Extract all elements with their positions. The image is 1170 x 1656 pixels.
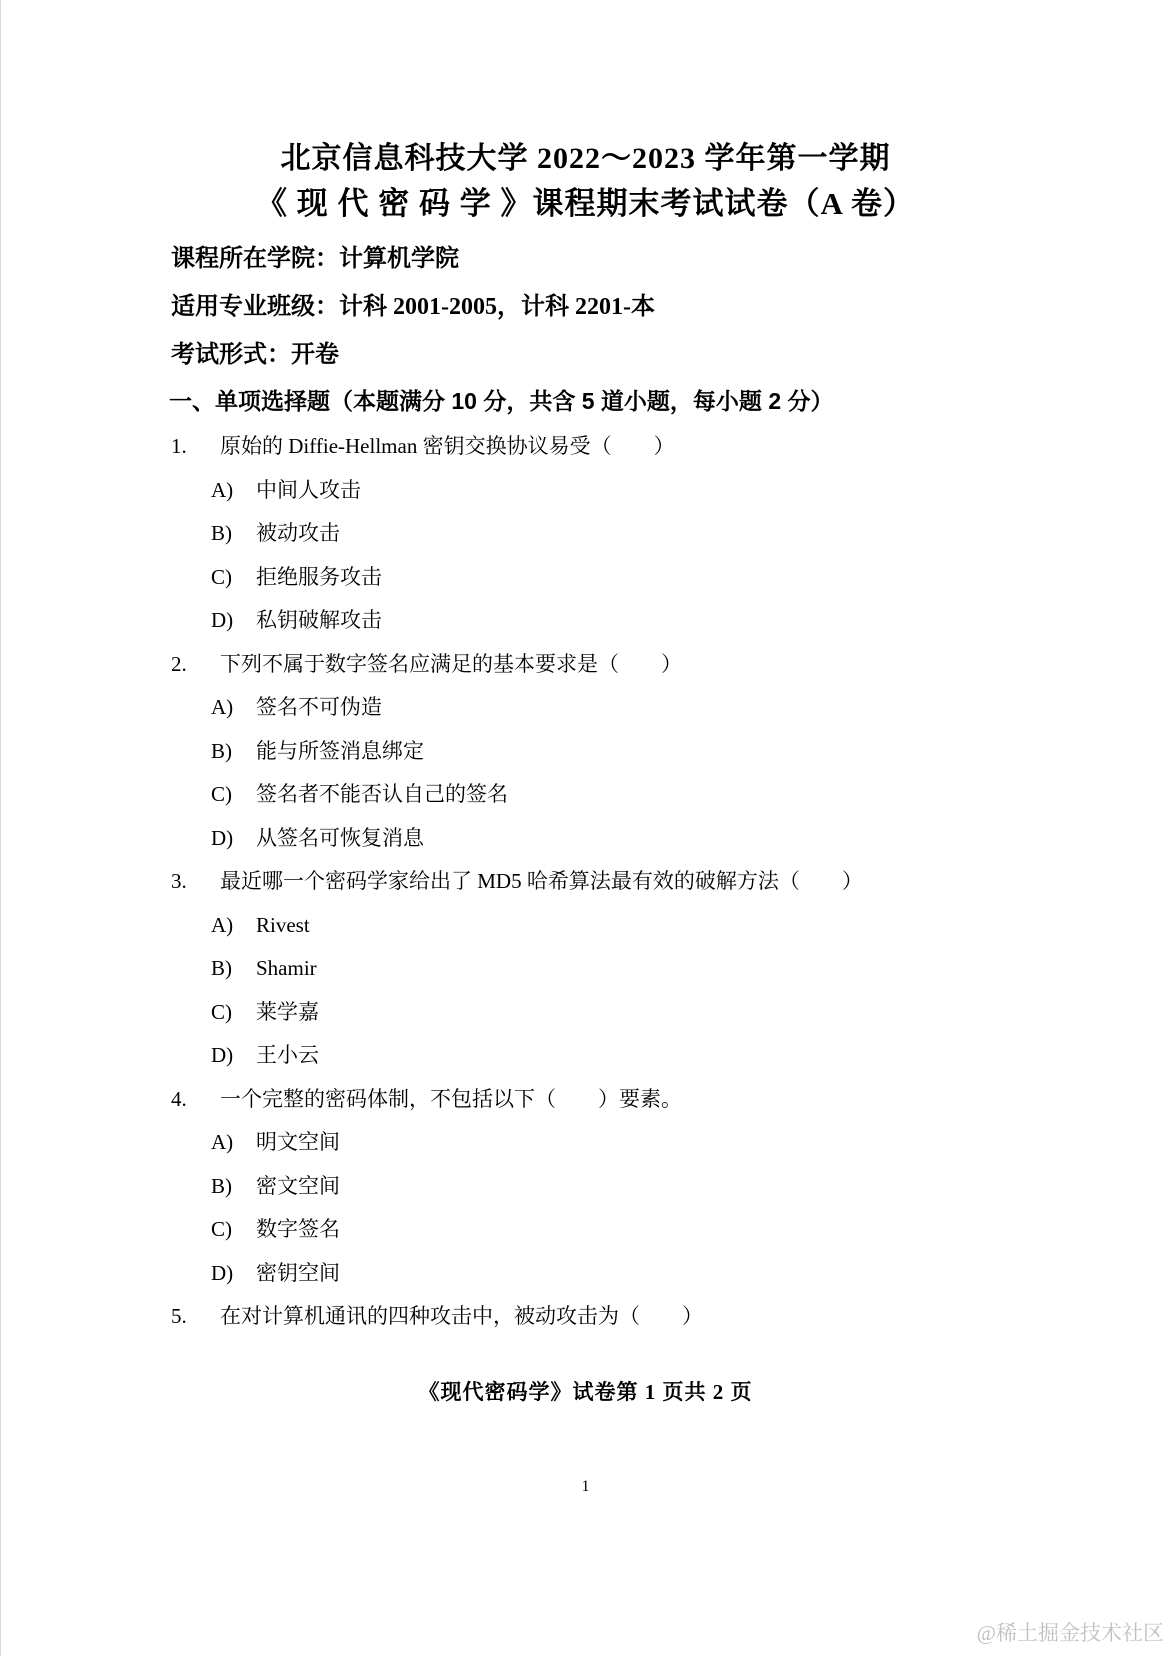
- option-label: B): [211, 512, 256, 556]
- option-line: C)拒绝服务攻击: [171, 556, 1170, 600]
- exam-title-course: 《 现 代 密 码 学 》课程期末考试试卷（A 卷）: [1, 188, 1170, 219]
- option-line: A)Rivest: [171, 904, 1170, 948]
- option-line: B)能与所签消息绑定: [171, 730, 1170, 774]
- option-text: 被动攻击: [256, 512, 340, 556]
- option-label: B): [211, 1165, 256, 1209]
- option-text: 密文空间: [256, 1165, 340, 1209]
- option-text: 密钥空间: [256, 1252, 340, 1296]
- option-text: 王小云: [256, 1034, 319, 1078]
- option-line: B)Shamir: [171, 947, 1170, 991]
- option-line: B)被动攻击: [171, 512, 1170, 556]
- option-label: D): [211, 599, 256, 643]
- exam-page: 北京信息科技大学 2022～2023 学年第一学期 《 现 代 密 码 学 》课…: [0, 0, 1170, 1656]
- option-label: A): [211, 686, 256, 730]
- info-line-exam-form: 考试形式：开卷: [171, 331, 1170, 379]
- section-heading-multiple-choice: 一、单项选择题（本题满分 10 分，共含 5 道小题，每小题 2 分）: [1, 379, 1170, 423]
- option-line: A)明文空间: [171, 1121, 1170, 1165]
- title-block: 北京信息科技大学 2022～2023 学年第一学期 《 现 代 密 码 学 》课…: [1, 0, 1170, 219]
- option-label: C): [211, 1208, 256, 1252]
- watermark: @稀土掘金技术社区: [977, 1617, 1164, 1647]
- option-label: C): [211, 773, 256, 817]
- question-text: 最近哪一个密码学家给出了 MD5 哈希算法最有效的破解方法（ ）: [220, 860, 863, 904]
- info-line-college: 课程所在学院：计算机学院: [171, 235, 1170, 283]
- option-line: D)从签名可恢复消息: [171, 817, 1170, 861]
- option-line: D)王小云: [171, 1034, 1170, 1078]
- option-line: C)签名者不能否认自己的签名: [171, 773, 1170, 817]
- info-label: 考试形式：: [171, 342, 291, 368]
- option-text: 数字签名: [256, 1208, 340, 1252]
- question-line: 3.最近哪一个密码学家给出了 MD5 哈希算法最有效的破解方法（ ）: [171, 860, 1170, 904]
- exam-title-school-term: 北京信息科技大学 2022～2023 学年第一学期: [1, 144, 1170, 174]
- info-line-classes: 适用专业班级：计科 2001-2005，计科 2201-本: [171, 283, 1170, 331]
- option-label: A): [211, 1121, 256, 1165]
- question-number: 4.: [171, 1078, 220, 1122]
- question-text: 原始的 Diffie-Hellman 密钥交换协议易受（ ）: [220, 425, 675, 469]
- info-value: 开卷: [291, 342, 339, 368]
- option-label: B): [211, 730, 256, 774]
- option-text: 签名不可伪造: [256, 686, 382, 730]
- question-line: 4.一个完整的密码体制，不包括以下（ ）要素。: [171, 1078, 1170, 1122]
- option-text: 中间人攻击: [256, 469, 361, 513]
- option-line: A)中间人攻击: [171, 469, 1170, 513]
- footer-page-indicator: 《现代密码学》试卷第 1 页共 2 页: [1, 1376, 1170, 1406]
- option-line: D)密钥空间: [171, 1252, 1170, 1296]
- question-line: 2.下列不属于数字签名应满足的基本要求是（ ）: [171, 643, 1170, 687]
- option-line: C)数字签名: [171, 1208, 1170, 1252]
- question-number: 2.: [171, 643, 220, 687]
- option-text: 拒绝服务攻击: [256, 556, 382, 600]
- info-label: 适用专业班级：: [171, 294, 339, 320]
- question-text: 在对计算机通讯的四种攻击中，被动攻击为（ ）: [220, 1295, 703, 1339]
- question-line: 1.原始的 Diffie-Hellman 密钥交换协议易受（ ）: [171, 425, 1170, 469]
- option-label: D): [211, 1034, 256, 1078]
- option-label: C): [211, 991, 256, 1035]
- option-text: 从签名可恢复消息: [256, 817, 424, 861]
- option-label: A): [211, 469, 256, 513]
- option-text: Rivest: [256, 904, 310, 948]
- info-label: 课程所在学院：: [171, 246, 339, 272]
- option-label: A): [211, 904, 256, 948]
- option-line: B)密文空间: [171, 1165, 1170, 1209]
- option-text: 能与所签消息绑定: [256, 730, 424, 774]
- option-text: 私钥破解攻击: [256, 599, 382, 643]
- option-label: B): [211, 947, 256, 991]
- question-text: 下列不属于数字签名应满足的基本要求是（ ）: [220, 643, 682, 687]
- option-text: 签名者不能否认自己的签名: [256, 773, 508, 817]
- option-text: Shamir: [256, 947, 317, 991]
- question-line: 5.在对计算机通讯的四种攻击中，被动攻击为（ ）: [171, 1295, 1170, 1339]
- question-number: 1.: [171, 425, 220, 469]
- option-label: D): [211, 1252, 256, 1296]
- option-label: C): [211, 556, 256, 600]
- info-value: 计科 2001-2005，计科 2201-本: [339, 294, 655, 320]
- option-line: D)私钥破解攻击: [171, 599, 1170, 643]
- questions: 1.原始的 Diffie-Hellman 密钥交换协议易受（ ）A)中间人攻击B…: [1, 425, 1170, 1339]
- option-text: 明文空间: [256, 1121, 340, 1165]
- option-text: 莱学嘉: [256, 991, 319, 1035]
- question-number: 5.: [171, 1295, 220, 1339]
- page-number: 1: [1, 1478, 1170, 1496]
- option-line: C)莱学嘉: [171, 991, 1170, 1035]
- question-number: 3.: [171, 860, 220, 904]
- option-label: D): [211, 817, 256, 861]
- option-line: A)签名不可伪造: [171, 686, 1170, 730]
- info-value: 计算机学院: [339, 246, 459, 272]
- question-text: 一个完整的密码体制，不包括以下（ ）要素。: [220, 1078, 682, 1122]
- course-info-block: 课程所在学院：计算机学院 适用专业班级：计科 2001-2005，计科 2201…: [1, 235, 1170, 379]
